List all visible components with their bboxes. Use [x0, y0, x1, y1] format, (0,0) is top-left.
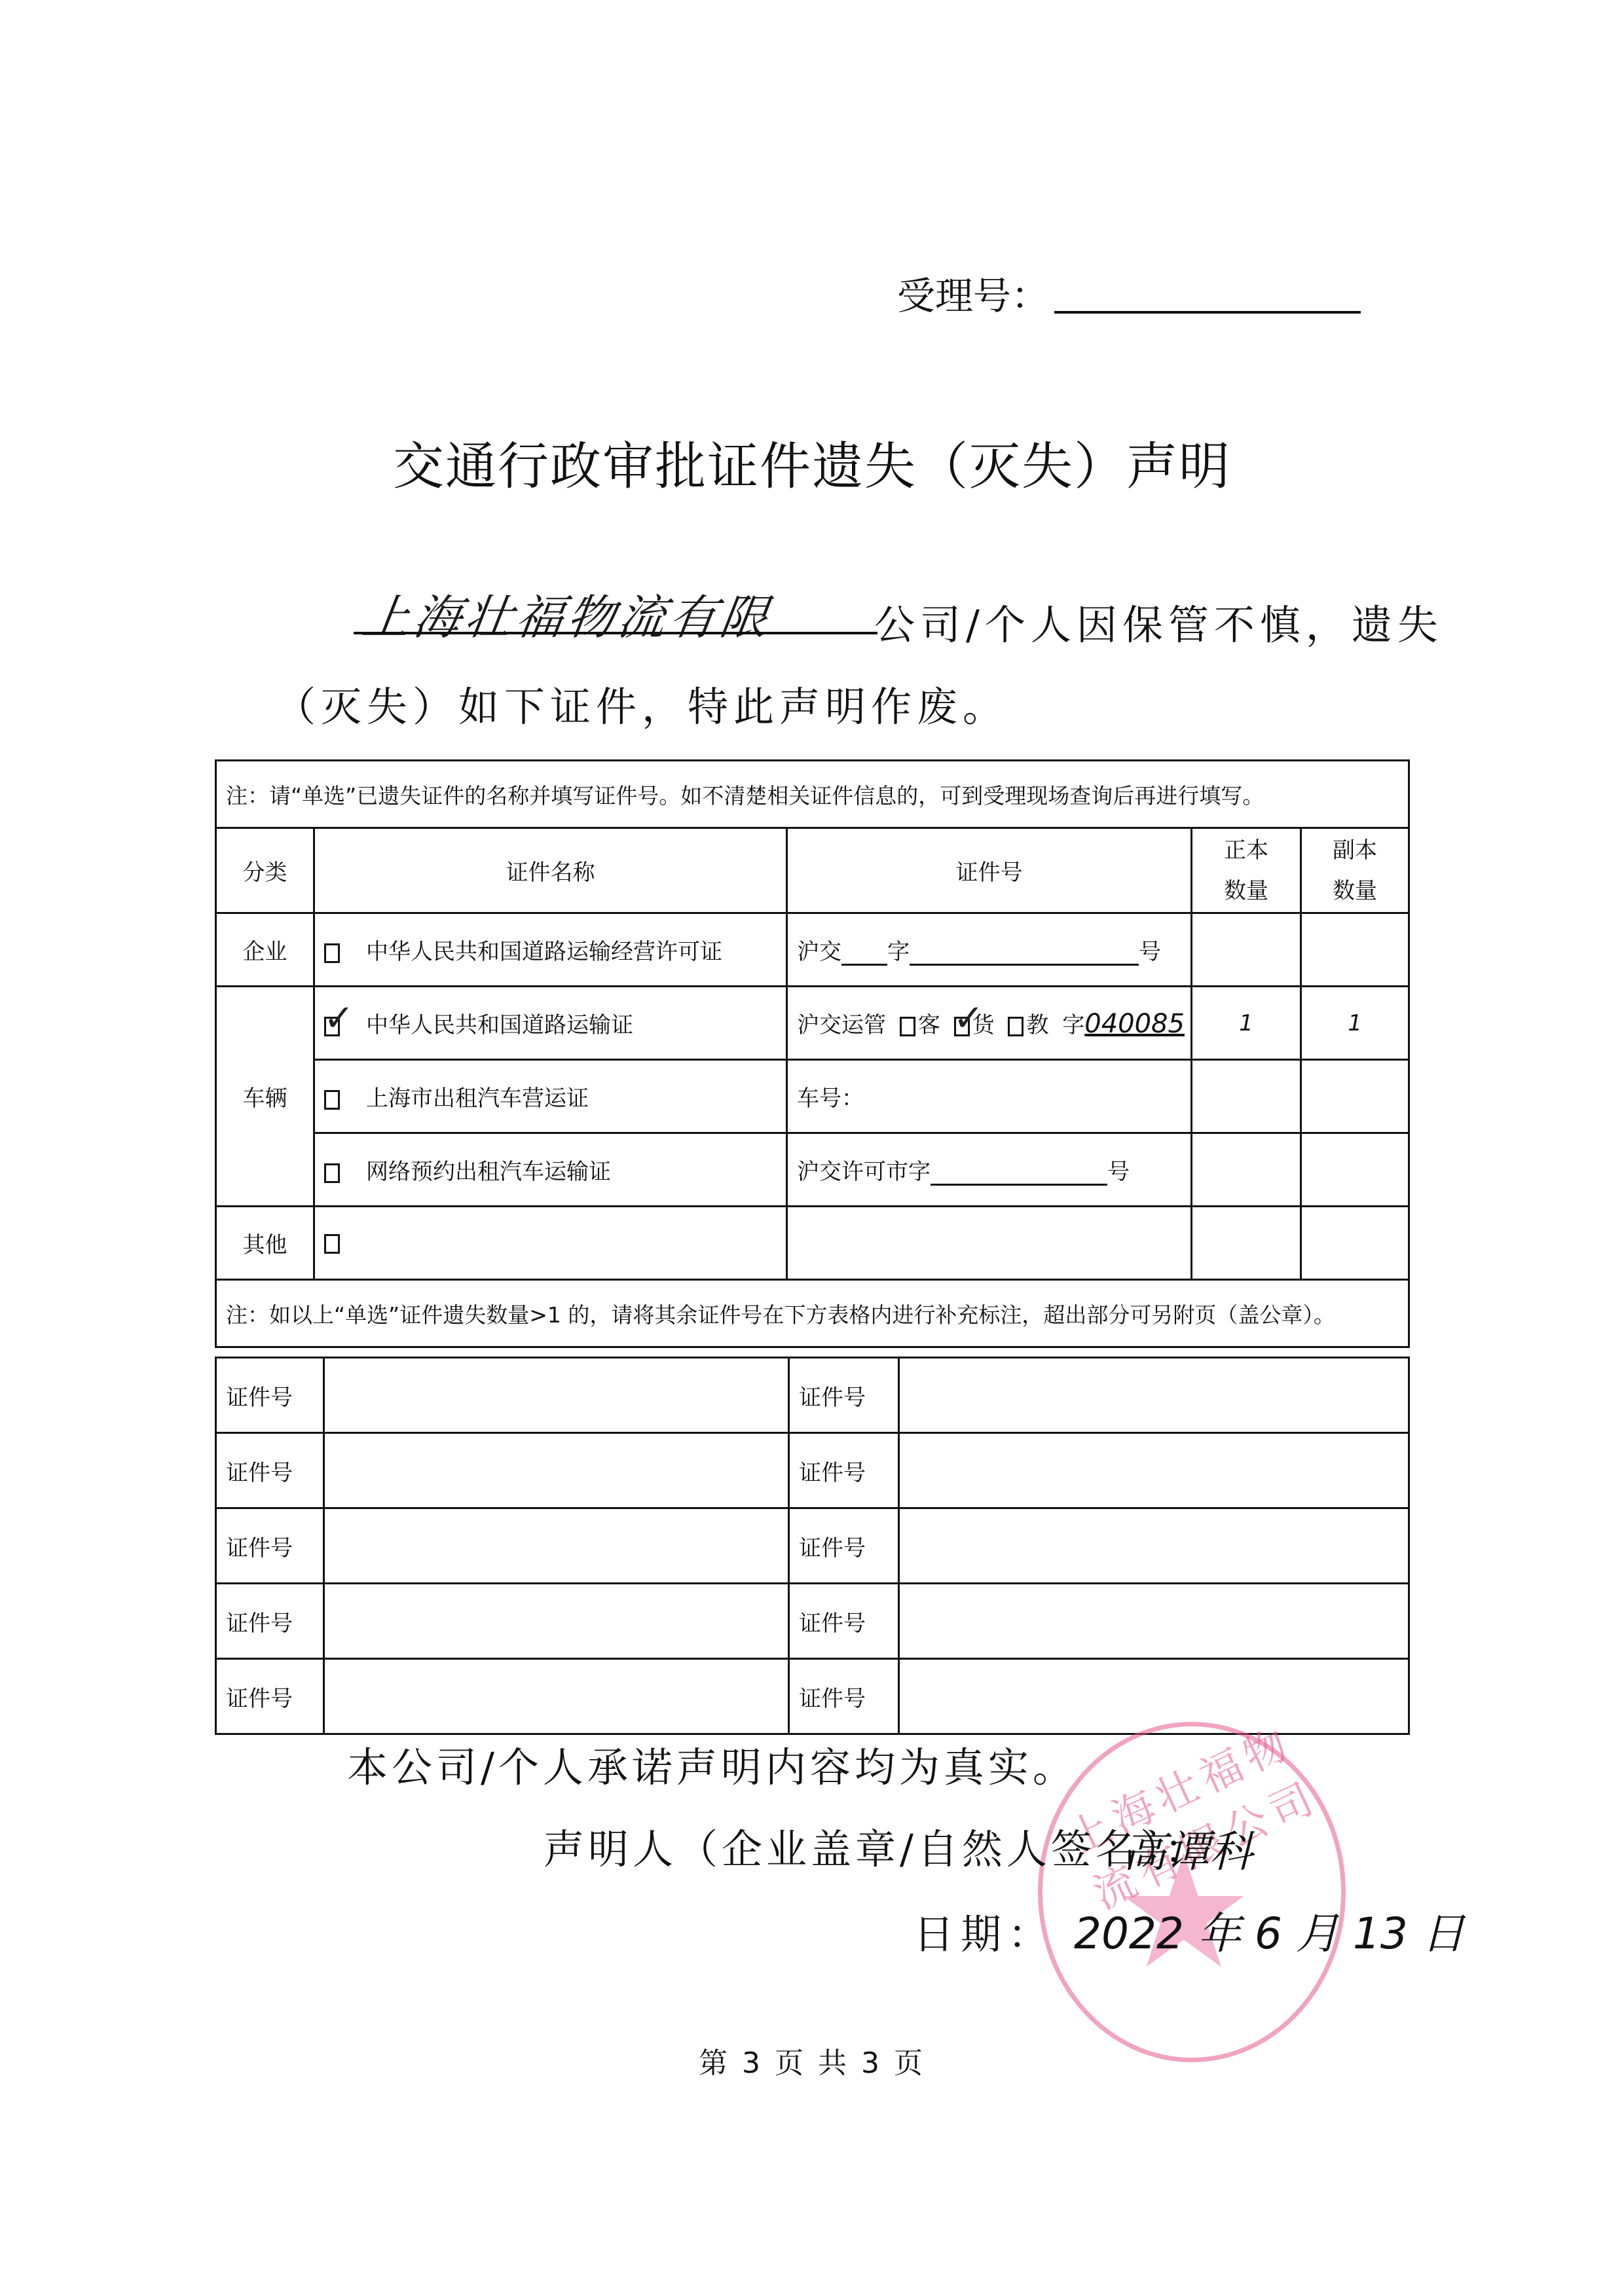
- table-row: 车辆 ✓中华人民共和国道路运输证 沪交运管 客 ✓货 教 字040085 1 1: [216, 987, 1409, 1060]
- copy-qty-cell[interactable]: [1301, 1133, 1409, 1207]
- certificate-option[interactable]: 网络预约出租汽车运输证: [314, 1133, 787, 1207]
- checkbox-checked[interactable]: ✓: [324, 1017, 340, 1036]
- header-original-qty: 正本数量: [1192, 828, 1301, 913]
- original-qty-cell[interactable]: [1192, 913, 1301, 987]
- page-number: 第 3 页 共 3 页: [0, 2039, 1624, 2081]
- copy-qty-cell[interactable]: [1301, 1060, 1409, 1133]
- extra-number-label: 证件号: [216, 1659, 324, 1734]
- extra-number-field[interactable]: [899, 1659, 1409, 1734]
- extra-number-field[interactable]: [899, 1584, 1409, 1659]
- copy-qty-cell[interactable]: 1: [1301, 987, 1409, 1060]
- extra-number-field[interactable]: [899, 1508, 1409, 1584]
- extra-number-label: 证件号: [216, 1358, 324, 1433]
- note-bottom: 注：如以上“单选”证件遗失数量>1 的，请将其余证件号在下方表格内进行补充标注，…: [216, 1280, 1409, 1347]
- certificate-name: 上海市出租汽车营运证: [366, 1085, 589, 1112]
- company-name-field[interactable]: [354, 632, 877, 634]
- certificate-number-cell[interactable]: 车号：: [787, 1060, 1192, 1133]
- statement-line-1: 公司/个人因保管不慎，遗失: [874, 592, 1443, 651]
- commitment-text: 本公司/个人承诺声明内容均为真实。: [347, 1735, 1077, 1793]
- original-qty-cell[interactable]: [1192, 1060, 1301, 1133]
- header-name: 证件名称: [314, 828, 787, 913]
- certificate-name: 中华人民共和国道路运输经营许可证: [366, 939, 722, 965]
- certificate-number-cell[interactable]: 沪交许可市字号: [787, 1133, 1192, 1207]
- original-qty-cell[interactable]: [1192, 1207, 1301, 1280]
- number-prefix: 车号：: [797, 1085, 864, 1112]
- option-training: 教: [1026, 1012, 1048, 1038]
- table-row: 网络预约出租汽车运输证 沪交许可市字号: [216, 1133, 1409, 1207]
- checkmark-icon: ✓: [953, 1000, 984, 1037]
- table-row: 证件号 证件号: [216, 1584, 1409, 1659]
- certificate-option[interactable]: 中华人民共和国道路运输经营许可证: [314, 913, 787, 987]
- category-vehicle: 车辆: [216, 987, 314, 1207]
- extra-number-field[interactable]: [324, 1584, 789, 1659]
- acceptance-number-label: 受理号：: [897, 265, 1049, 320]
- statement-line-2: （灭失）如下证件，特此声明作废。: [275, 674, 1008, 733]
- table-row: 证件号 证件号: [216, 1508, 1409, 1584]
- number-mid: 字: [887, 939, 910, 965]
- certificate-number-handwritten: 040085: [1084, 1009, 1185, 1039]
- number-prefix: 沪交: [797, 939, 841, 965]
- extra-number-label: 证件号: [789, 1358, 899, 1433]
- table-row: 证件号 证件号: [216, 1433, 1409, 1508]
- note-top: 注：请“单选”已遗失证件的名称并填写证件号。如不清楚相关证件信息的，可到受理现场…: [216, 761, 1409, 828]
- checkmark-icon: ✓: [323, 1000, 354, 1037]
- certificate-option[interactable]: ✓中华人民共和国道路运输证: [314, 987, 787, 1060]
- table-row: 证件号 证件号: [216, 1358, 1409, 1433]
- extra-number-label: 证件号: [789, 1433, 899, 1508]
- number-suffix: 号: [1139, 939, 1161, 965]
- number-blank[interactable]: [931, 1164, 1107, 1186]
- extra-number-label: 证件号: [789, 1508, 899, 1584]
- certificate-number-cell[interactable]: 沪交字号: [787, 913, 1192, 987]
- copy-qty-cell[interactable]: [1301, 1207, 1409, 1280]
- header-category: 分类: [216, 828, 314, 913]
- checkbox[interactable]: [324, 1163, 340, 1183]
- extra-number-field[interactable]: [899, 1358, 1409, 1433]
- extra-number-label: 证件号: [789, 1584, 899, 1659]
- number-blank[interactable]: [841, 944, 887, 966]
- table-row: 上海市出租汽车营运证 车号：: [216, 1060, 1409, 1133]
- certificate-name: 中华人民共和国道路运输证: [366, 1012, 633, 1038]
- number-prefix: 沪交许可市字: [797, 1159, 931, 1185]
- extra-numbers-table: 证件号 证件号 证件号 证件号 证件号 证件号 证件号 证件号 证件号 证件号: [215, 1357, 1410, 1735]
- extra-number-field[interactable]: [324, 1659, 789, 1734]
- date-value-handwritten: 2022 年 6 月 13 日: [1074, 1899, 1465, 1961]
- extra-number-field[interactable]: [324, 1358, 789, 1433]
- option-passenger: 客: [918, 1012, 940, 1038]
- extra-number-label: 证件号: [216, 1508, 324, 1584]
- copy-qty-cell[interactable]: [1301, 913, 1409, 987]
- extra-number-field[interactable]: [899, 1433, 1409, 1508]
- declarer-label: 声明人（企业盖章/自然人签名）：: [544, 1817, 1209, 1875]
- extra-number-field[interactable]: [324, 1508, 789, 1584]
- header-copy-qty: 副本数量: [1301, 828, 1409, 913]
- certificate-name: 网络预约出租汽车运输证: [366, 1159, 611, 1185]
- category-enterprise: 企业: [216, 913, 314, 987]
- checkbox[interactable]: [324, 1090, 340, 1110]
- checkbox[interactable]: [1008, 1017, 1024, 1036]
- checkbox[interactable]: [324, 943, 340, 963]
- category-other: 其他: [216, 1207, 314, 1280]
- checkbox[interactable]: [324, 1234, 340, 1254]
- certificate-number-cell[interactable]: [787, 1207, 1192, 1280]
- table-row: 证件号 证件号: [216, 1659, 1409, 1734]
- number-mid: 字: [1062, 1012, 1084, 1038]
- certificate-number-cell[interactable]: 沪交运管 客 ✓货 教 字040085: [787, 987, 1192, 1060]
- extra-number-label: 证件号: [789, 1659, 899, 1734]
- header-number: 证件号: [787, 828, 1192, 913]
- certificate-option[interactable]: [314, 1207, 787, 1280]
- document-title: 交通行政审批证件遗失（灭失）声明: [0, 426, 1624, 499]
- table-row: 其他: [216, 1207, 1409, 1280]
- acceptance-number-field[interactable]: [1054, 311, 1361, 314]
- table-row: 企业 中华人民共和国道路运输经营许可证 沪交字号: [216, 913, 1409, 987]
- certificate-table: 注：请“单选”已遗失证件的名称并填写证件号。如不清楚相关证件信息的，可到受理现场…: [215, 759, 1410, 1348]
- number-prefix: 沪交运管: [797, 1012, 886, 1038]
- signature-handwritten: 高谭科: [1123, 1817, 1253, 1879]
- date-label: 日期：: [913, 1902, 1055, 1960]
- number-blank[interactable]: [910, 944, 1139, 966]
- extra-number-label: 证件号: [216, 1433, 324, 1508]
- original-qty-cell[interactable]: 1: [1192, 987, 1301, 1060]
- company-name-handwritten: 上海壮福物流有限: [359, 579, 777, 647]
- checkbox[interactable]: [900, 1017, 915, 1036]
- original-qty-cell[interactable]: [1192, 1133, 1301, 1207]
- number-suffix: 号: [1107, 1159, 1130, 1185]
- checkbox-checked[interactable]: ✓: [954, 1017, 970, 1036]
- extra-number-field[interactable]: [324, 1433, 789, 1508]
- certificate-option[interactable]: 上海市出租汽车营运证: [314, 1060, 787, 1133]
- extra-number-label: 证件号: [216, 1584, 324, 1659]
